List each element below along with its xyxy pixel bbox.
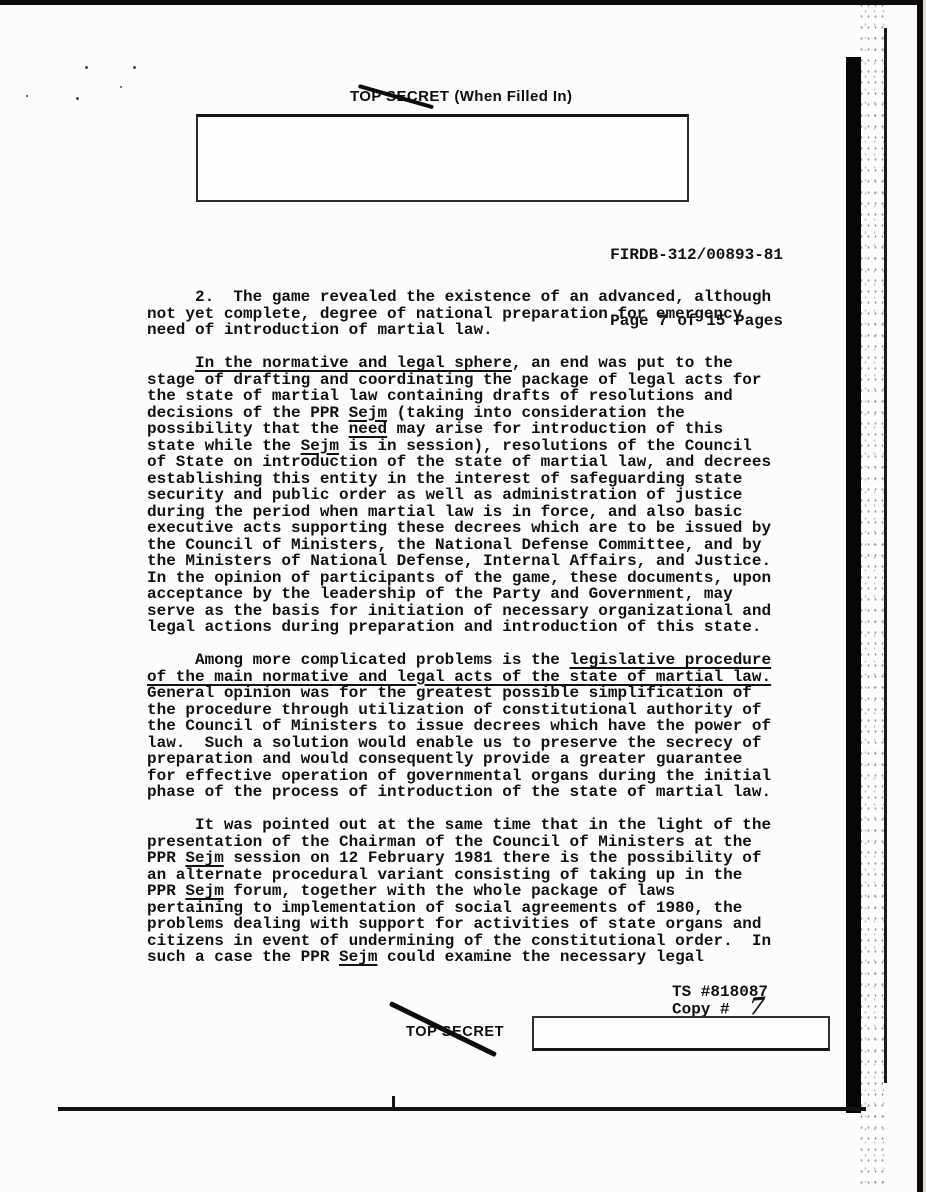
- text-segment: problems dealing with support for activi…: [147, 915, 762, 933]
- bottom-tick-mark: [392, 1096, 395, 1109]
- text-segment: an alternate procedural variant consisti…: [147, 866, 742, 884]
- text-segment: security and public order as well as adm…: [147, 486, 742, 504]
- document-body: 2. The game revealed the existence of an…: [147, 289, 807, 982]
- header-stamp-box: [196, 114, 689, 202]
- scan-speck: [120, 86, 122, 88]
- underlined-text: legislative procedure: [569, 651, 771, 669]
- body-line: PPR Sejm session on 12 February 1981 the…: [147, 850, 807, 867]
- text-segment: law. Such a solution would enable us to …: [147, 734, 762, 752]
- body-line: decisions of the PPR Sejm (taking into c…: [147, 405, 807, 422]
- text-segment: for effective operation of governmental …: [147, 767, 771, 785]
- text-segment: forum, together with the whole package o…: [224, 882, 675, 900]
- document-page: TOP SECRET(When Filled In) FIRDB-312/008…: [0, 0, 926, 1192]
- underlined-text: Sejm: [349, 404, 387, 422]
- paragraph: Among more complicated problems is the l…: [147, 652, 807, 801]
- footer-stamp-box: [532, 1016, 830, 1051]
- text-segment: citizens in event of undermining of the …: [147, 932, 771, 950]
- text-segment: state while the: [147, 437, 301, 455]
- underlined-text: Sejm: [301, 437, 339, 455]
- text-segment: could examine the necessary legal: [377, 948, 703, 966]
- body-line: of the main normative and legal acts of …: [147, 669, 807, 686]
- underlined-text: need: [349, 420, 387, 438]
- text-segment: the Council of Ministers to issue decree…: [147, 717, 771, 735]
- body-line: possibility that the need may arise for …: [147, 421, 807, 438]
- text-segment: (taking into consideration the: [387, 404, 685, 422]
- underlined-text: Sejm: [185, 882, 223, 900]
- body-line: pertaining to implementation of social a…: [147, 900, 807, 917]
- body-line: executive acts supporting these decrees …: [147, 520, 807, 537]
- text-segment: session on 12 February 1981 there is the…: [224, 849, 762, 867]
- body-line: 2. The game revealed the existence of an…: [147, 289, 807, 306]
- body-line: preparation and would consequently provi…: [147, 751, 807, 768]
- body-line: the Ministers of National Defense, Inter…: [147, 553, 807, 570]
- body-line: In the opinion of participants of the ga…: [147, 570, 807, 587]
- text-segment: possibility that the: [147, 420, 349, 438]
- text-segment: executive acts supporting these decrees …: [147, 519, 771, 537]
- text-segment: PPR: [147, 882, 185, 900]
- text-segment: acceptance by the leadership of the Part…: [147, 585, 733, 603]
- text-segment: In the opinion of participants of the ga…: [147, 569, 771, 587]
- text-segment: may arise for introduction of this: [387, 420, 723, 438]
- body-line: phase of the process of introduction of …: [147, 784, 807, 801]
- text-segment: legal actions during preparation and int…: [147, 618, 762, 636]
- body-line: PPR Sejm forum, together with the whole …: [147, 883, 807, 900]
- bottom-rule: [58, 1107, 866, 1111]
- body-line: for effective operation of governmental …: [147, 768, 807, 785]
- scan-speck: [76, 97, 79, 100]
- paragraph: 2. The game revealed the existence of an…: [147, 289, 807, 339]
- copy-number-line: Copy #7: [672, 1001, 781, 1018]
- text-segment: phase of the process of introduction of …: [147, 783, 771, 801]
- text-segment: serve as the basis for initiation of nec…: [147, 602, 771, 620]
- body-line: acceptance by the leadership of the Part…: [147, 586, 807, 603]
- scan-noise-band: [858, 0, 886, 1192]
- text-segment: , an end was put to the: [512, 354, 733, 372]
- body-line: state while the Sejm is in session), res…: [147, 438, 807, 455]
- doc-number: FIRDB-312/00893-81: [540, 247, 783, 264]
- text-segment: during the period when martial law is in…: [147, 503, 742, 521]
- body-line: an alternate procedural variant consisti…: [147, 867, 807, 884]
- body-line: not yet complete, degree of national pre…: [147, 306, 807, 323]
- body-line: of State on introduction of the state of…: [147, 454, 807, 471]
- text-segment: need of introduction of martial law.: [147, 321, 493, 339]
- copy-number-underline: 7: [733, 1001, 781, 1018]
- text-segment: It was pointed out at the same time that…: [147, 816, 771, 834]
- body-line: security and public order as well as adm…: [147, 487, 807, 504]
- text-segment: preparation and would consequently provi…: [147, 750, 742, 768]
- underlined-text: Sejm: [185, 849, 223, 867]
- text-segment: Among more complicated problems is the: [147, 651, 569, 669]
- underlined-text: of the main normative and legal acts of …: [147, 668, 771, 686]
- body-line: such a case the PPR Sejm could examine t…: [147, 949, 807, 966]
- text-segment: the Ministers of National Defense, Inter…: [147, 552, 771, 570]
- text-segment: PPR: [147, 849, 185, 867]
- text-segment: the procedure through utilization of con…: [147, 701, 762, 719]
- text-segment: the state of martial law containing draf…: [147, 387, 733, 405]
- body-line: legal actions during preparation and int…: [147, 619, 807, 636]
- paragraph: In the normative and legal sphere, an en…: [147, 355, 807, 636]
- paragraph: It was pointed out at the same time that…: [147, 817, 807, 966]
- scan-binding-bar: [846, 57, 861, 1113]
- body-line: In the normative and legal sphere, an en…: [147, 355, 807, 372]
- underlined-text: Sejm: [339, 948, 377, 966]
- text-segment: pertaining to implementation of social a…: [147, 899, 742, 917]
- body-line: establishing this entity in the interest…: [147, 471, 807, 488]
- scan-speck: [85, 66, 88, 69]
- body-line: General opinion was for the greatest pos…: [147, 685, 807, 702]
- text-segment: not yet complete, degree of national pre…: [147, 305, 742, 323]
- body-line: presentation of the Chairman of the Coun…: [147, 834, 807, 851]
- body-line: law. Such a solution would enable us to …: [147, 735, 807, 752]
- body-line: the Council of Ministers, the National D…: [147, 537, 807, 554]
- body-line: serve as the basis for initiation of nec…: [147, 603, 807, 620]
- body-line: Among more complicated problems is the l…: [147, 652, 807, 669]
- scan-edge-line: [884, 28, 887, 1083]
- body-line: citizens in event of undermining of the …: [147, 933, 807, 950]
- text-segment: General opinion was for the greatest pos…: [147, 684, 752, 702]
- body-line: stage of drafting and coordinating the p…: [147, 372, 807, 389]
- text-segment: [147, 354, 195, 372]
- scan-edge-top: [0, 0, 922, 5]
- text-segment: such a case the PPR: [147, 948, 339, 966]
- text-segment: stage of drafting and coordinating the p…: [147, 371, 762, 389]
- text-segment: presentation of the Chairman of the Coun…: [147, 833, 752, 851]
- text-segment: of State on introduction of the state of…: [147, 453, 771, 471]
- text-segment: 2. The game revealed the existence of an…: [147, 288, 771, 306]
- control-number-block: TS #818087 Copy #7: [672, 984, 781, 1018]
- body-line: the procedure through utilization of con…: [147, 702, 807, 719]
- text-segment: is in session), resolutions of the Counc…: [339, 437, 752, 455]
- text-segment: decisions of the PPR: [147, 404, 349, 422]
- body-line: It was pointed out at the same time that…: [147, 817, 807, 834]
- scan-speck: [26, 95, 28, 97]
- when-filled-in-text: (When Filled In): [454, 88, 572, 105]
- body-line: the Council of Ministers to issue decree…: [147, 718, 807, 735]
- text-segment: establishing this entity in the interest…: [147, 470, 742, 488]
- handwritten-copy-number: 7: [748, 1000, 765, 1014]
- underlined-text: In the normative and legal sphere: [195, 354, 512, 372]
- body-line: problems dealing with support for activi…: [147, 916, 807, 933]
- body-line: during the period when martial law is in…: [147, 504, 807, 521]
- body-line: the state of martial law containing draf…: [147, 388, 807, 405]
- text-segment: the Council of Ministers, the National D…: [147, 536, 762, 554]
- body-line: need of introduction of martial law.: [147, 322, 807, 339]
- scan-speck: [133, 66, 136, 69]
